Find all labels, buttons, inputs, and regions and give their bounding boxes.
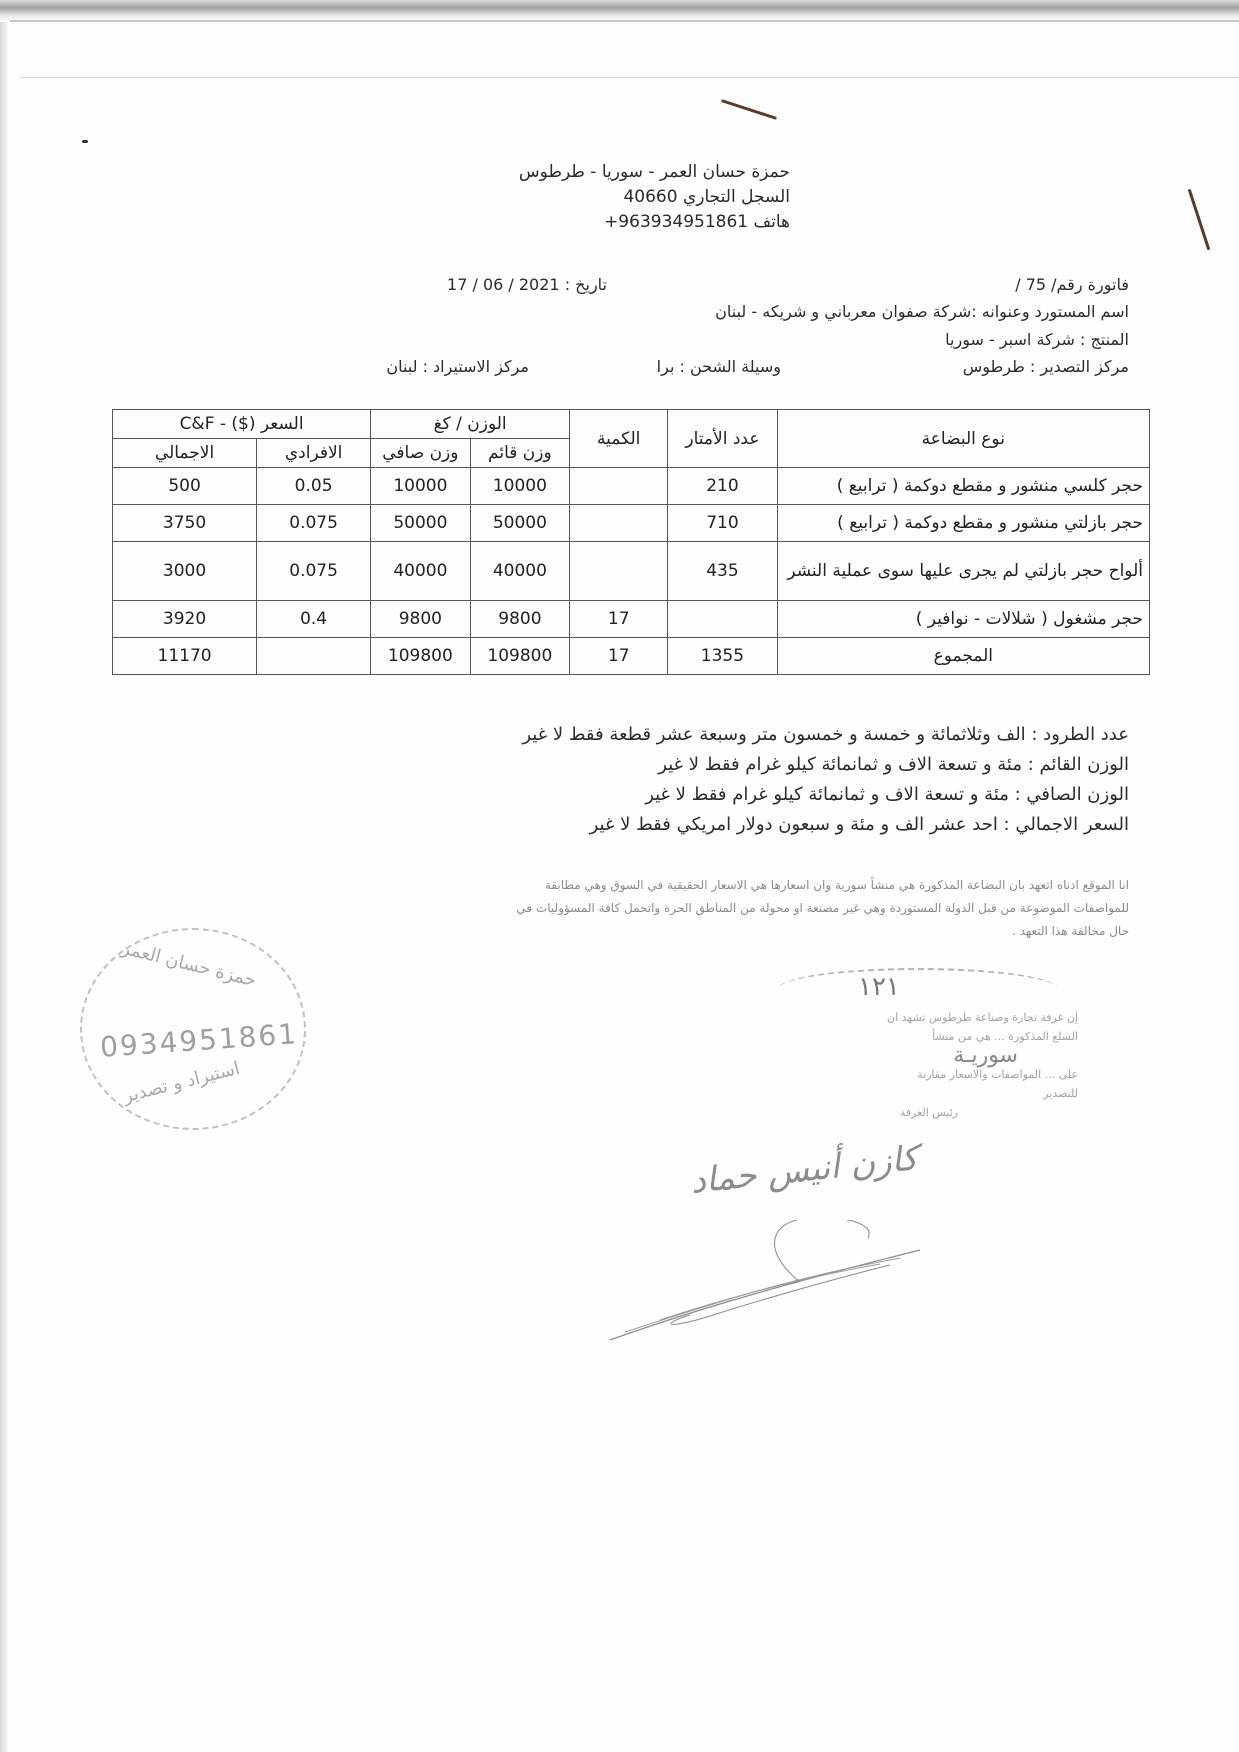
totals-quantity: 17 bbox=[570, 638, 668, 675]
scan-edge-top bbox=[0, 0, 1239, 22]
signature-scribble bbox=[600, 1220, 940, 1360]
phone-number: +963934951861 bbox=[604, 212, 748, 232]
cell-total: 500 bbox=[113, 468, 257, 505]
stamp-arch bbox=[778, 968, 1058, 1010]
chamber-line: إن غرفة تجارة وصناعة طرطوس تشهد ان bbox=[748, 1008, 1078, 1027]
cell-meters: 210 bbox=[668, 468, 777, 505]
invoice-number: فاتورة رقم/ 75 / bbox=[1015, 275, 1129, 294]
cell-net: 10000 bbox=[371, 468, 471, 505]
export-center-label: مركز التصدير : bbox=[1030, 357, 1129, 376]
phone-label: هاتف bbox=[754, 212, 790, 232]
chamber-line: للتصدير bbox=[748, 1084, 1078, 1103]
header-meters: عدد الأمتار bbox=[668, 410, 777, 468]
totals-net: 109800 bbox=[371, 638, 471, 675]
chamber-line: رئيس الغرفة bbox=[748, 1103, 1078, 1122]
pledge-line: للمواصفات الموضوعة من قبل الدولة المستور… bbox=[229, 897, 1129, 920]
chamber-stamp: ١٢١ إن غرفة تجارة وصناعة طرطوس تشهد ان ا… bbox=[748, 968, 1078, 1148]
sender-header: حمزة حسان العمر - سوريا - طرطوس السجل ال… bbox=[500, 160, 790, 235]
header-total-price: الاجمالي bbox=[113, 439, 257, 468]
company-name: حمزة حسان العمر - سوريا - طرطوس bbox=[500, 160, 790, 185]
cell-net: 40000 bbox=[371, 542, 471, 601]
header-quantity: الكمية bbox=[570, 410, 668, 468]
phone-line: هاتف +963934951861 bbox=[500, 210, 790, 235]
header-net-weight: وزن صافي bbox=[371, 439, 471, 468]
registry-label: السجل التجاري bbox=[683, 187, 790, 207]
importer-line: اسم المستورد وعنوانه :شركة صفوان معرباني… bbox=[715, 302, 1129, 321]
cell-goods: حجر بازلتي منشور و مقطع دوكمة ( ترابيع ) bbox=[777, 505, 1149, 542]
invoice-number-suffix: / bbox=[1015, 275, 1020, 294]
shipping-value: برا bbox=[657, 357, 675, 376]
producer-label: المنتج : bbox=[1080, 330, 1129, 349]
cell-goods: ألواح حجر بازلتي لم يجرى عليها سوى عملية… bbox=[777, 542, 1149, 601]
table-row: حجر بازلتي منشور و مقطع دوكمة ( ترابيع )… bbox=[113, 505, 1150, 542]
cell-goods: حجر مشغول ( شلالات - نوافير ) bbox=[777, 601, 1149, 638]
import-center-line: مركز الاستيراد : لبنان bbox=[386, 357, 529, 376]
registry-line: السجل التجاري 40660 bbox=[500, 185, 790, 210]
header-price-group: السعر ($) - C&F bbox=[113, 410, 371, 439]
cell-net: 9800 bbox=[371, 601, 471, 638]
stamp-phone: 0934951861 bbox=[99, 1017, 299, 1064]
cell-unit: 0.075 bbox=[257, 505, 371, 542]
gross-weight-in-words: الوزن القائم : مئة و تسعة الاف و ثمانمائ… bbox=[229, 750, 1129, 780]
producer-line: المنتج : شركة اسبر - سوريا bbox=[945, 330, 1129, 349]
pen-mark bbox=[1188, 189, 1211, 251]
pledge-line: حال مخالفة هذا التعهد . bbox=[229, 920, 1129, 943]
net-weight-in-words: الوزن الصافي : مئة و تسعة الاف و ثمانمائ… bbox=[229, 780, 1129, 810]
chamber-stamp-text: إن غرفة تجارة وصناعة طرطوس تشهد ان السلع… bbox=[748, 1008, 1078, 1122]
invoice-number-label: فاتورة رقم/ bbox=[1051, 275, 1129, 294]
date-label: تاريخ : bbox=[565, 275, 607, 294]
totals-gross: 109800 bbox=[470, 638, 570, 675]
stamp-ring-bottom: استيراد و تصدير bbox=[121, 1058, 242, 1107]
cell-quantity bbox=[570, 542, 668, 601]
amounts-in-words: عدد الطرود : الف وثلاثمائة و خمسة و خمسو… bbox=[229, 720, 1129, 840]
chamber-stamp-number: ١٢١ bbox=[858, 978, 900, 997]
cell-total: 3000 bbox=[113, 542, 257, 601]
import-center-label: مركز الاستيراد : bbox=[423, 357, 529, 376]
producer-value: شركة اسبر - سوريا bbox=[945, 330, 1075, 349]
scan-edge-left bbox=[0, 22, 8, 1752]
cell-quantity bbox=[570, 468, 668, 505]
import-center-value: لبنان bbox=[386, 357, 417, 376]
goods-table: نوع البضاعة عدد الأمتار الكمية الوزن / ك… bbox=[112, 409, 1150, 675]
table-row: حجر مشغول ( شلالات - نوافير ) 17 9800 98… bbox=[113, 601, 1150, 638]
header-goods-type: نوع البضاعة bbox=[777, 410, 1149, 468]
export-center-line: مركز التصدير : طرطوس bbox=[963, 357, 1129, 376]
header-gross-weight: وزن قائم bbox=[470, 439, 570, 468]
cell-quantity bbox=[570, 505, 668, 542]
export-center-value: طرطوس bbox=[963, 357, 1025, 376]
cell-goods: حجر كلسي منشور و مقطع دوكمة ( ترابيع ) bbox=[777, 468, 1149, 505]
cell-net: 50000 bbox=[371, 505, 471, 542]
origin-pledge: انا الموقع ادناه اتعهد بان البضاعة المذك… bbox=[229, 874, 1129, 943]
cell-gross: 9800 bbox=[470, 601, 570, 638]
cell-meters bbox=[668, 601, 777, 638]
invoice-date: تاريخ : 17 / 06 / 2021 bbox=[447, 275, 607, 294]
scan-line bbox=[10, 20, 1239, 22]
cell-meters: 710 bbox=[668, 505, 777, 542]
cell-total: 3750 bbox=[113, 505, 257, 542]
cell-quantity: 17 bbox=[570, 601, 668, 638]
cell-total: 3920 bbox=[113, 601, 257, 638]
stamp-ring-top: حمزة حسان العمر bbox=[120, 938, 259, 992]
table-header-row: نوع البضاعة عدد الأمتار الكمية الوزن / ك… bbox=[113, 410, 1150, 439]
table-row: ألواح حجر بازلتي لم يجرى عليها سوى عملية… bbox=[113, 542, 1150, 601]
totals-total: 11170 bbox=[113, 638, 257, 675]
registry-number: 40660 bbox=[623, 187, 677, 207]
cell-gross: 40000 bbox=[470, 542, 570, 601]
cell-unit: 0.4 bbox=[257, 601, 371, 638]
chamber-line: على ... المواصفات والاسعار مقارنة bbox=[748, 1065, 1078, 1084]
header-unit-price: الافرادي bbox=[257, 439, 371, 468]
faint-rule bbox=[20, 77, 1239, 78]
date-value: 17 / 06 / 2021 bbox=[447, 275, 560, 294]
cell-meters: 435 bbox=[668, 542, 777, 601]
importer-value: شركة صفوان معرباني و شريكه - لبنان bbox=[715, 302, 971, 321]
totals-meters: 1355 bbox=[668, 638, 777, 675]
company-stamp: حمزة حسان العمر 0934951861 استيراد و تصد… bbox=[80, 928, 306, 1130]
importer-label: اسم المستورد وعنوانه : bbox=[971, 302, 1129, 321]
chamber-line: السلع المذكورة ... هي من منشأ bbox=[748, 1027, 1078, 1046]
shipping-line: وسيلة الشحن : برا bbox=[657, 357, 781, 376]
shipping-label: وسيلة الشحن : bbox=[680, 357, 782, 376]
table-totals-row: المجموع 1355 17 109800 109800 11170 bbox=[113, 638, 1150, 675]
cell-unit: 0.075 bbox=[257, 542, 371, 601]
invoice-number-value: 75 bbox=[1026, 275, 1046, 294]
total-price-in-words: السعر الاجمالي : احد عشر الف و مئة و سبع… bbox=[229, 810, 1129, 840]
pledge-line: انا الموقع ادناه اتعهد بان البضاعة المذك… bbox=[229, 874, 1129, 897]
header-weight-group: الوزن / كغ bbox=[371, 410, 570, 439]
cell-gross: 10000 bbox=[470, 468, 570, 505]
pen-mark bbox=[721, 99, 777, 120]
pen-dot bbox=[82, 140, 88, 143]
packages-in-words: عدد الطرود : الف وثلاثمائة و خمسة و خمسو… bbox=[229, 720, 1129, 750]
totals-unit bbox=[257, 638, 371, 675]
table-row: حجر كلسي منشور و مقطع دوكمة ( ترابيع ) 2… bbox=[113, 468, 1150, 505]
cell-gross: 50000 bbox=[470, 505, 570, 542]
totals-label: المجموع bbox=[777, 638, 1149, 675]
chamber-line-syria: سوريـة bbox=[748, 1046, 1078, 1065]
cell-unit: 0.05 bbox=[257, 468, 371, 505]
